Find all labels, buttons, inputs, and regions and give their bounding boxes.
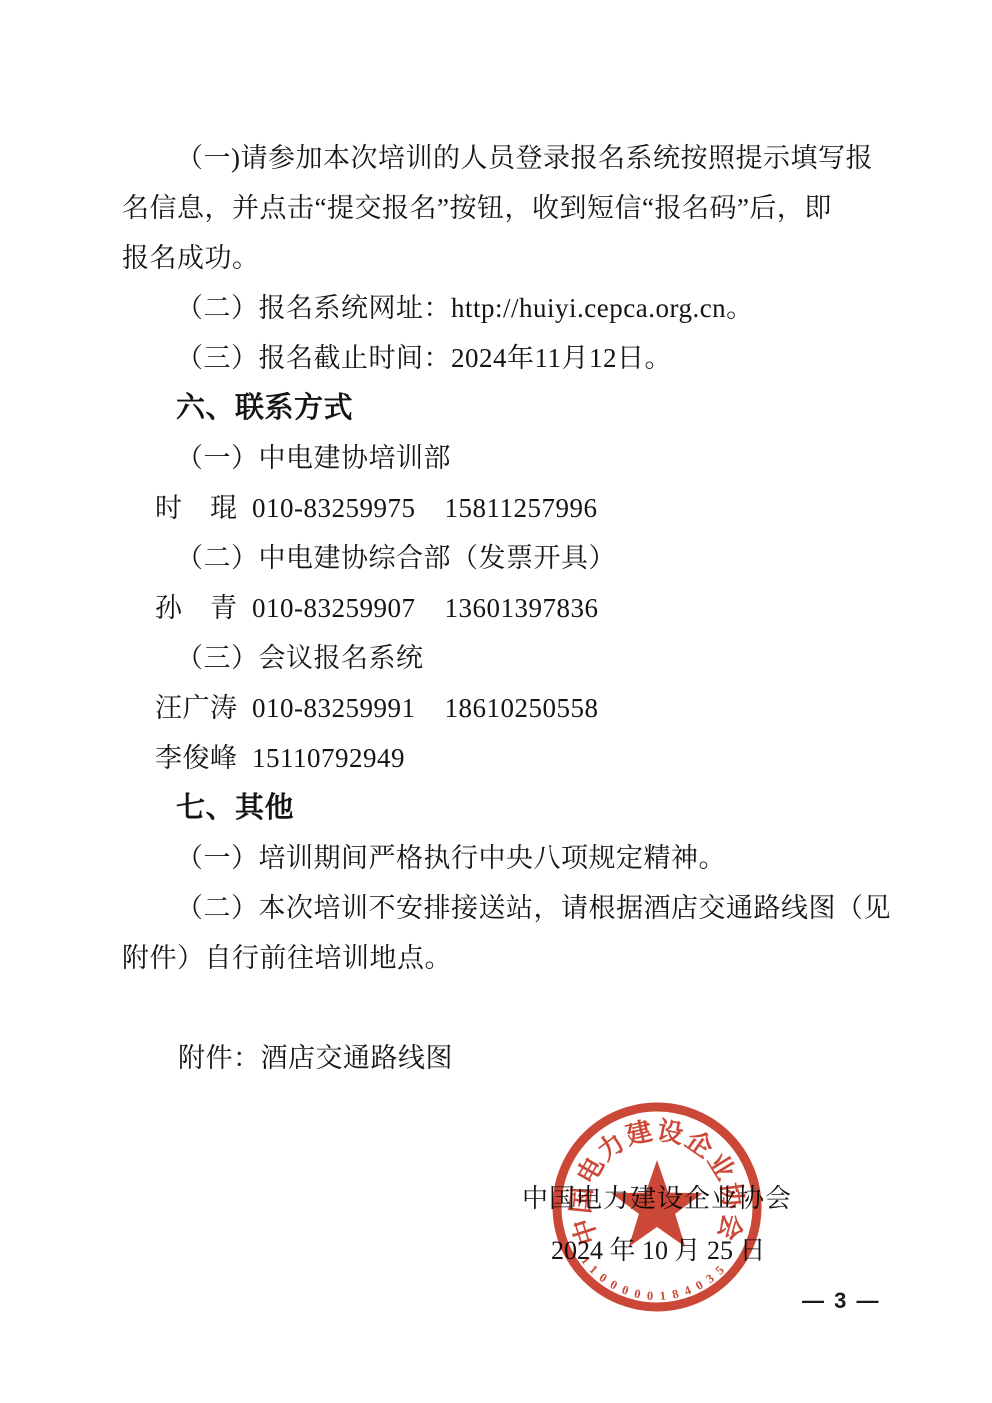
- document-body: （一)请参加本次培训的人员登录报名系统按照提示填写报 名信息，并点击“提交报名”…: [122, 133, 922, 1083]
- doc-line-deadline: （三）报名截止时间：2024年11月12日。: [122, 333, 922, 383]
- doc-line-signup-url: （二）报名系统网址：http://huiyi.cepca.org.cn。: [122, 283, 922, 333]
- section-heading-other: 七、其他: [122, 783, 922, 833]
- section-heading-contact: 六、联系方式: [122, 383, 922, 433]
- attachment-line: 附件：酒店交通路线图: [122, 1033, 922, 1083]
- doc-line-signup-2: 名信息，并点击“提交报名”按钮，收到短信“报名码”后，即: [122, 183, 922, 233]
- doc-line-dept-training: （一）中电建协培训部: [122, 433, 922, 483]
- seal-star-icon: [611, 1160, 702, 1247]
- page-number: — 3 —: [802, 1288, 880, 1314]
- doc-line-reg-system: （三）会议报名系统: [122, 633, 922, 683]
- contact-li-junfeng: 李俊峰 15110792949: [122, 733, 922, 783]
- doc-line-other-2a: （二）本次培训不安排接送站，请根据酒店交通路线图（见: [122, 883, 922, 933]
- doc-line-signup-3: 报名成功。: [122, 233, 922, 283]
- official-seal: 中国电力建设企业协会 1100000184035: [542, 1092, 772, 1322]
- document-page: （一)请参加本次培训的人员登录报名系统按照提示填写报 名信息，并点击“提交报名”…: [0, 0, 992, 1403]
- doc-line-signup-1: （一)请参加本次培训的人员登录报名系统按照提示填写报: [122, 133, 922, 183]
- contact-sun-qing: 孙 青 010-83259907 13601397836: [122, 583, 922, 633]
- contact-wang-guangtao: 汪广涛 010-83259991 18610250558: [122, 683, 922, 733]
- contact-shi-kun: 时 琨 010-83259975 15811257996: [122, 483, 922, 533]
- doc-line-dept-general: （二）中电建协综合部（发票开具）: [122, 533, 922, 583]
- doc-line-other-2b: 附件）自行前往培训地点。: [122, 933, 922, 983]
- doc-line-other-1: （一）培训期间严格执行中央八项规定精神。: [122, 833, 922, 883]
